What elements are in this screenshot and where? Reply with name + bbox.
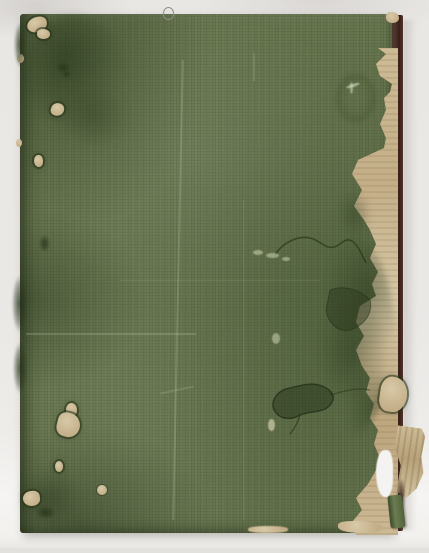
crease-line (26, 333, 196, 335)
worn-patch (34, 155, 43, 167)
worn-patch (97, 485, 107, 495)
scuff-mark (272, 333, 280, 344)
scuff-mark (350, 82, 353, 94)
crease-line (120, 280, 320, 281)
scan-edge-strip (0, 548, 429, 553)
scuff-mark (282, 257, 290, 261)
hanging-loop (163, 7, 174, 20)
worn-patch (386, 12, 399, 23)
scratch-line (253, 53, 255, 81)
scuff-mark (266, 253, 279, 258)
worn-patch (338, 521, 384, 533)
worn-patch (248, 526, 288, 533)
damp-ring-stain (336, 74, 376, 122)
worn-patch (16, 139, 22, 147)
background-gap (376, 450, 393, 497)
worn-patch (37, 29, 50, 39)
fabric-seam-line (243, 200, 244, 520)
scuff-mark (268, 419, 275, 431)
stain (58, 86, 130, 148)
worn-patch (55, 461, 63, 472)
scuff-mark (253, 250, 263, 255)
scan-background (0, 0, 429, 553)
